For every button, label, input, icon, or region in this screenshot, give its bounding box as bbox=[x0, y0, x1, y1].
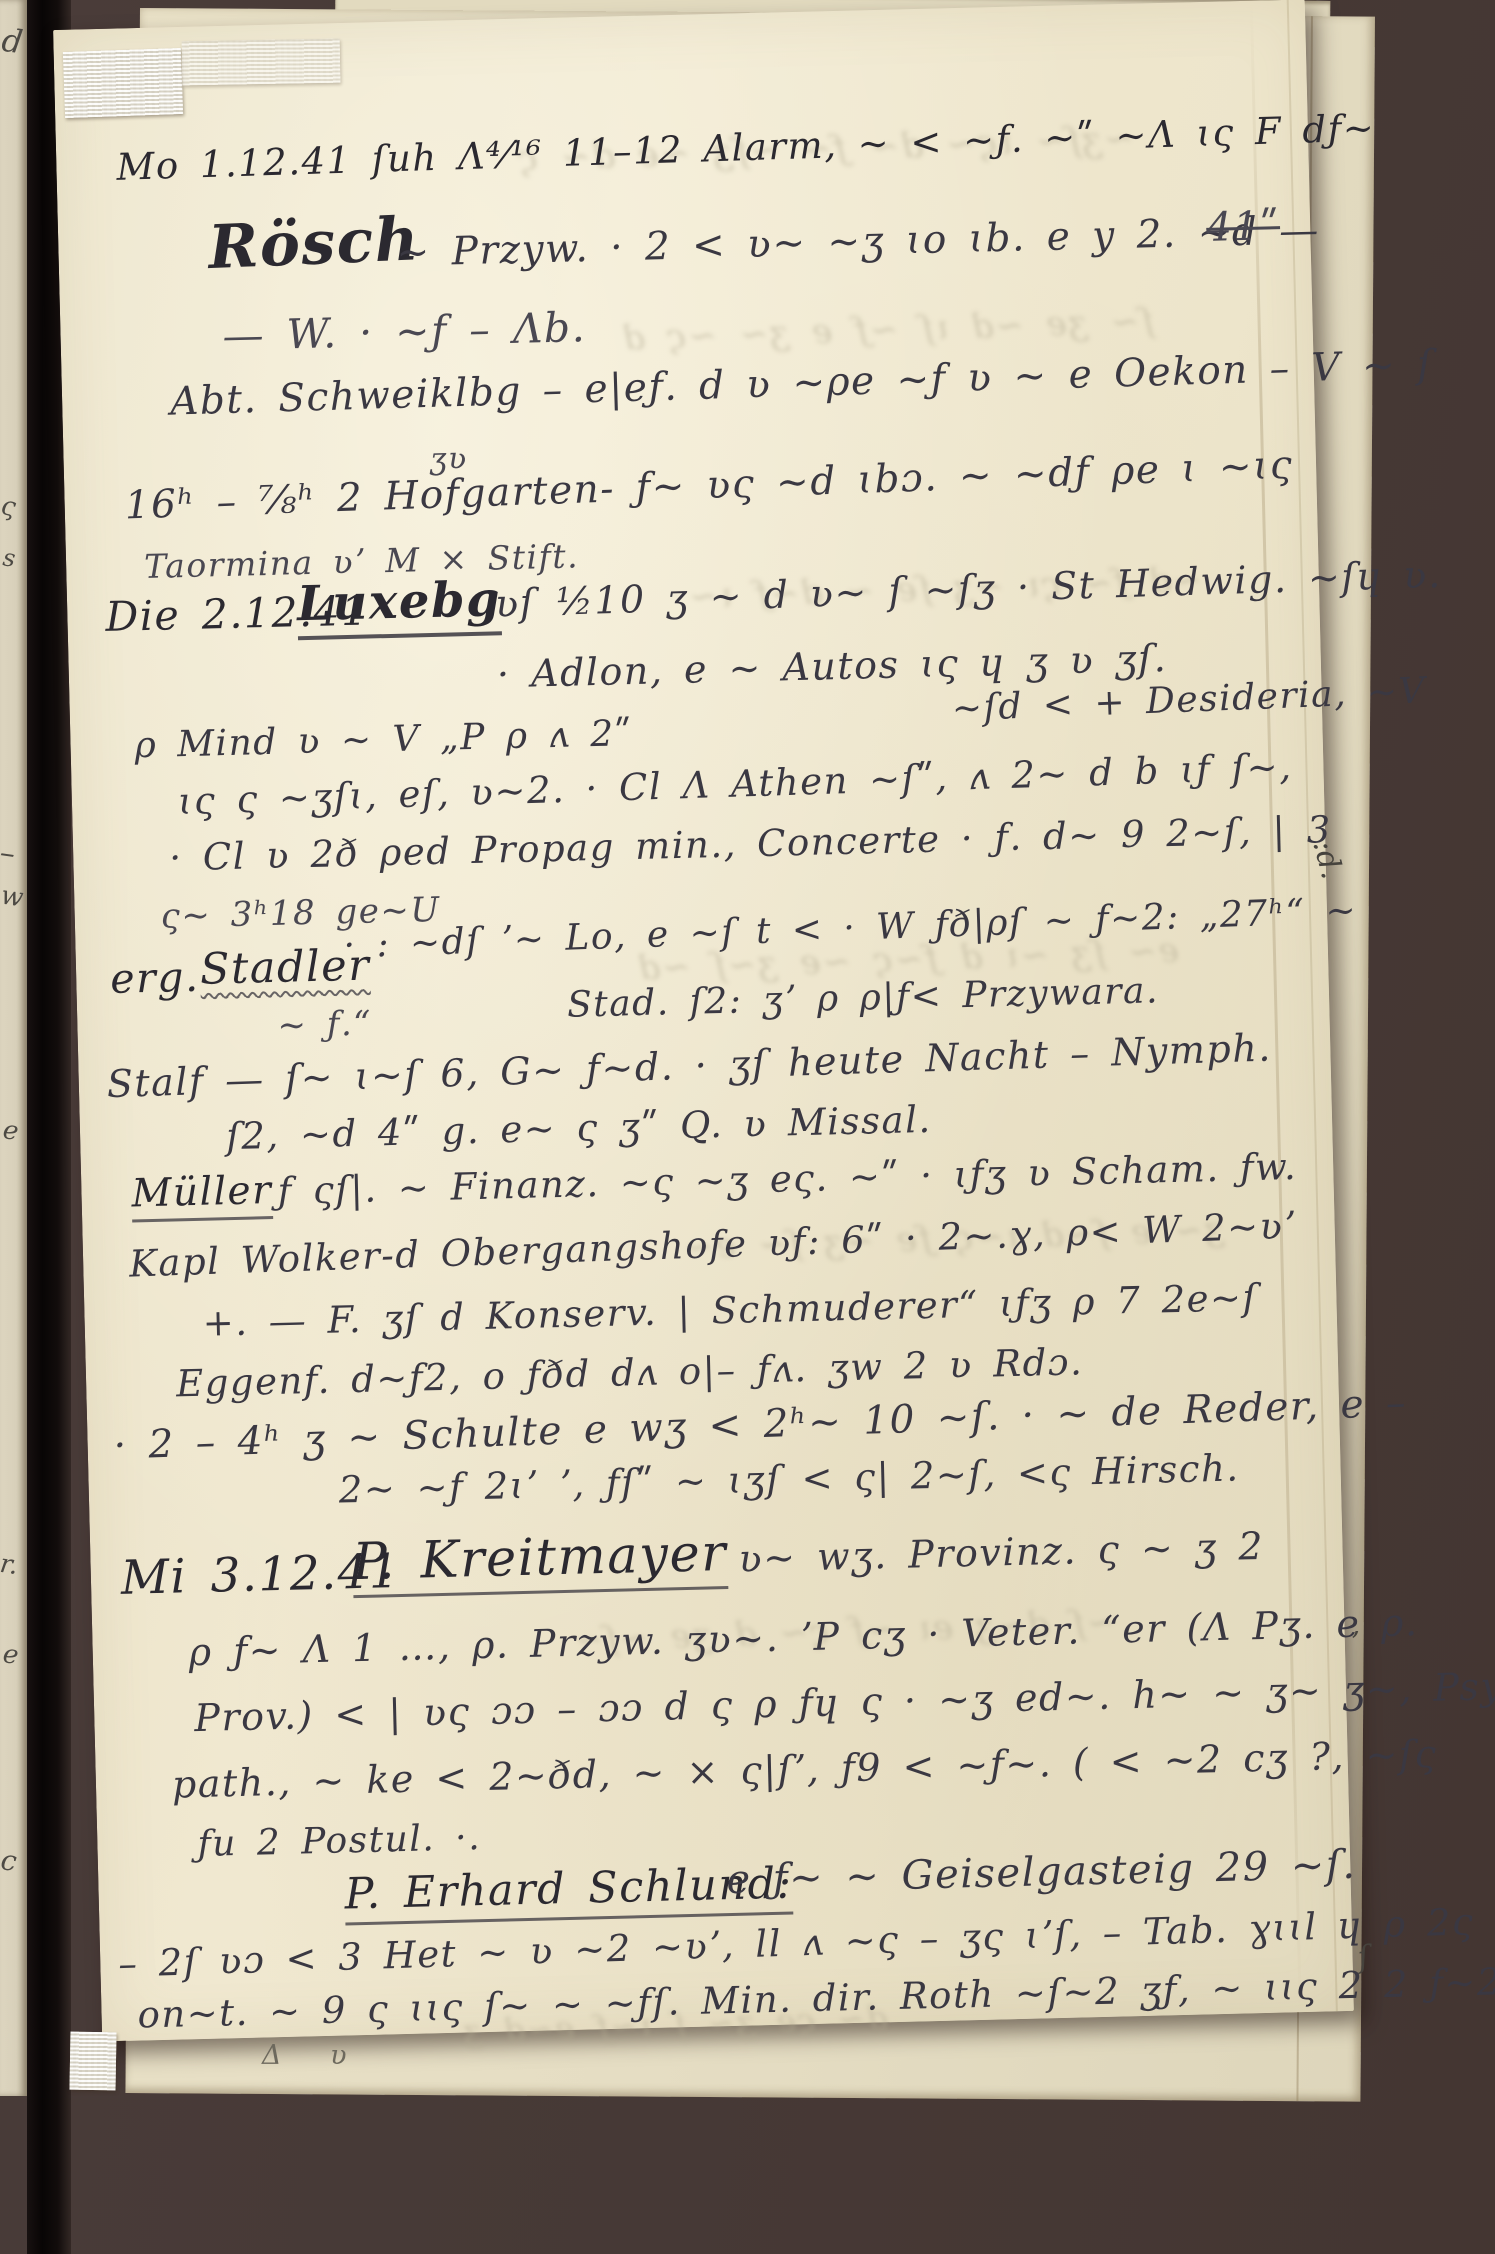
name-luxebg: Luxebg bbox=[297, 575, 502, 628]
word-erg: erg. bbox=[110, 957, 200, 1000]
cloth-tape-patch-top bbox=[182, 39, 341, 86]
handwriting-fragment: s bbox=[1, 543, 17, 572]
handwriting-fragment: w bbox=[0, 881, 25, 914]
line-kapl-wolkerd: Kapl Wolker-d Obergangshofe ʋƒ: 6ʺ · 2~.… bbox=[129, 1207, 1298, 1283]
line-hofgarten: 16ʰ – ⅞ʰ 2 Hofgarten- ƒ~ ʋς ~d ɩbɔ. ~ ~d… bbox=[124, 446, 1294, 526]
name-roesch: Rösch bbox=[207, 209, 421, 278]
name-mueller: Müller bbox=[131, 1171, 273, 1213]
diary-page: ~ʒſ~ ɩς~ d~ ƒ~ ~ſʒ ~e d~ ς ſ~ ʒe ~d ɩſ ~… bbox=[53, 0, 1354, 2041]
margin-tick: ʼ bbox=[1350, 1626, 1359, 1659]
handwriting-line: — W. · ~ƒ – Λb. bbox=[222, 307, 587, 357]
struck-number: 41ʺ bbox=[1206, 206, 1281, 248]
line-finanz-scham: ƒ ςſ|. ~ Finanz. ~ς ~ʒ eς. ~ʺ · ɩƒʒ ʋ Sc… bbox=[277, 1148, 1297, 1210]
handwriting-fragment: c bbox=[0, 1843, 19, 1878]
cloth-tape-patch-bottom-left bbox=[69, 2032, 116, 2091]
handwriting-fragment: ς bbox=[0, 491, 18, 523]
handwriting-line: ~ Przyw. · 2 < ʋ~ ~ʒ ɩo ɩb. e y 2. ~d — bbox=[396, 211, 1320, 273]
handwriting-fragment: r. bbox=[0, 1549, 20, 1581]
previous-page-edge: d ς s – w e r. e c bbox=[0, 0, 27, 2096]
handwriting-fragment: – bbox=[0, 835, 17, 872]
handwriting-fragment: d bbox=[0, 21, 25, 61]
line-st-hedwig: ʋſ ½10 ʒ ~ d ʋ~ ſ ~ſʒ · St Hedwig. ~ſɥ ʋ… bbox=[495, 555, 1442, 623]
line-hirsch: 2~ ~ƒ 2ɩʼ ʼ, ƒſʺ ~ ɩʒſ < ς| 2~ſ, <ς Hirs… bbox=[338, 1449, 1240, 1508]
ink-bleedthrough: ſ~ ʒe ~d ɩſ ~ƒ e ʒ~ ~ς d bbox=[620, 301, 1154, 359]
line-geiselgasteig: e ƒ~ ~ Geiselgasteig 29 ~ſ. bbox=[726, 1845, 1357, 1900]
line-path: path., ~ ke < 2~ðd, ~ × ς|ſʼ, ƒ9 < ~ƒ~. … bbox=[172, 1735, 1438, 1804]
line-konserv-schmuderer: +. — F. ʒſ d Konserv. | Schmuderer“ ɩƒʒ … bbox=[202, 1279, 1258, 1342]
handwriting-fragment: e bbox=[1, 1115, 20, 1147]
line-prov-psycho: Prov.) < | ʋς ɔɔ – ɔɔ d ς ρ ƒɥ ς · ~ʒ ed… bbox=[194, 1665, 1495, 1737]
cloth-tape-patch-top-left bbox=[63, 48, 183, 118]
under-page-pencil-marks: Δ υ bbox=[262, 2040, 367, 2071]
line-postul: ƒu 2 Postul. ·. bbox=[197, 1820, 481, 1863]
name-p-kreitmayer: P. Kreitmayer bbox=[352, 1528, 728, 1588]
handwriting-fragment: e bbox=[1, 1639, 20, 1671]
line-provinz: ʋ~ wʒ. Provinz. ς ~ ʒ 2 bbox=[738, 1527, 1264, 1578]
line-missal: ſ2, ~d 4ʺ g. e~ ς ʒʺ Q. ʋ Missal. bbox=[226, 1101, 932, 1155]
handwriting-line: ~ ƒ.“ bbox=[277, 1007, 372, 1043]
line-concerte: · Cl ʋ 2ð ρed Propag min., Concerte · ƒ.… bbox=[169, 811, 1332, 876]
scanned-diary-photo: d ς s – w e r. e c ~ʒſ~ ɩς~ d~ ƒ~ ~ſʒ ~e… bbox=[0, 0, 1495, 2254]
line-eggenf: Eggenf. d~ƒ2, o ƒðd dʌ o|– ƒʌ. ʒw 2 ʋ Rd… bbox=[176, 1343, 1084, 1402]
entry-date-mo-1-12-41: Mo 1.12.41 ſuh Λ⁴⁄¹⁶ 11–12 Alarm, ~ < ~ƒ… bbox=[116, 109, 1376, 186]
handwriting-line: ρ Mind ʋ ~ V „P ρ ʌ 2ʺ bbox=[134, 716, 633, 764]
interlinear-word: ʒʋ bbox=[429, 444, 468, 475]
